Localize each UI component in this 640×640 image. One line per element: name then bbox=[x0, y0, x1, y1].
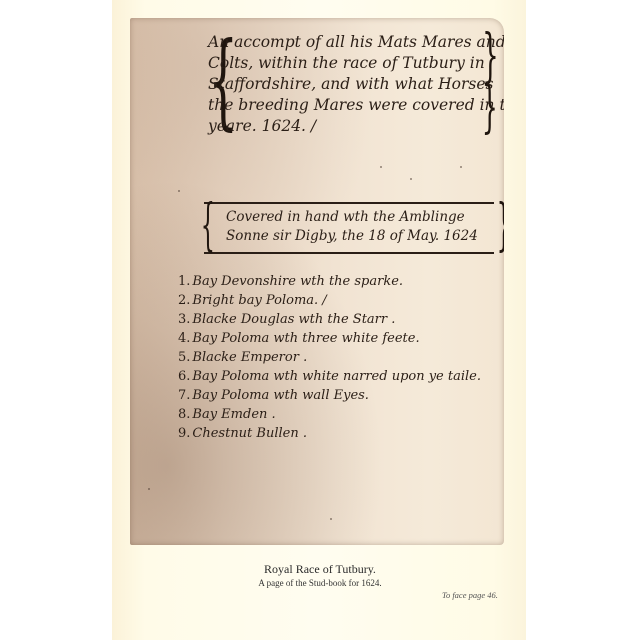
mare-item: 1.Bay Devonshire wth the sparke. bbox=[178, 274, 403, 289]
covered-note-box: { } Covered in hand wth the Amblinge Son… bbox=[204, 202, 494, 254]
facing-page-note: To face page 46. bbox=[442, 590, 498, 600]
mare-item: 6.Bay Poloma wth white narred upon ye ta… bbox=[178, 369, 481, 384]
heading-line-5: yeare. 1624. / bbox=[208, 116, 316, 137]
mare-item: 9.Chestnut Bullen . bbox=[178, 426, 307, 441]
left-bracket-icon: { bbox=[201, 198, 215, 254]
note-line-1: Covered in hand wth the Amblinge bbox=[226, 209, 465, 225]
caption-title: Royal Race of Tutbury. bbox=[0, 562, 640, 577]
manuscript-heading: { } } An accompt of all his Mats Mares a… bbox=[192, 32, 492, 142]
right-bracket-icon: } bbox=[497, 198, 504, 254]
paper-speck bbox=[148, 488, 150, 490]
mare-item: 7.Bay Poloma wth wall Eyes. bbox=[178, 388, 369, 403]
heading-line-3: Staffordshire, and with what Horses bbox=[208, 74, 494, 95]
paper-speck bbox=[380, 166, 382, 168]
paper-speck bbox=[178, 190, 180, 192]
mare-item: 3.Blacke Douglas wth the Starr . bbox=[178, 312, 395, 327]
paper-speck bbox=[410, 178, 412, 180]
mare-item: 8.Bay Emden . bbox=[178, 407, 276, 422]
mare-item: 2.Bright bay Poloma. / bbox=[178, 293, 327, 308]
paper-speck bbox=[460, 166, 462, 168]
heading-line-4: the breeding Mares were covered in this bbox=[208, 95, 504, 116]
mare-item: 5.Blacke Emperor . bbox=[178, 350, 307, 365]
heading-line-1: An accompt of all his Mats Mares and bbox=[208, 32, 504, 53]
manuscript-photo: { } } An accompt of all his Mats Mares a… bbox=[130, 18, 504, 545]
paper-speck bbox=[330, 518, 332, 520]
mare-item: 4.Bay Poloma wth three white feete. bbox=[178, 331, 420, 346]
heading-line-2: Colts, within the race of Tutbury in bbox=[208, 53, 485, 74]
caption-subtitle: A page of the Stud-book for 1624. bbox=[0, 578, 640, 588]
note-line-2: Sonne sir Digby, the 18 of May. 1624 bbox=[226, 228, 478, 244]
